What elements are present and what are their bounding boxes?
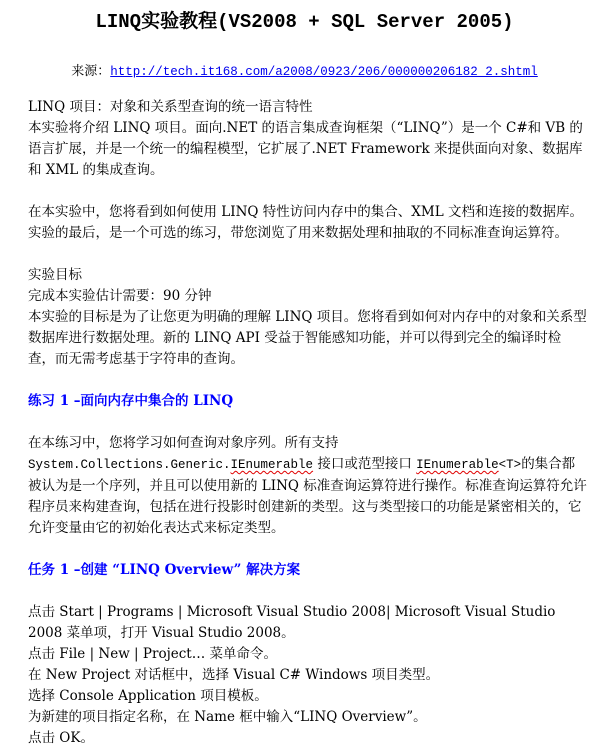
source-link[interactable]: http://tech.it168.com/a2008/0923/206/000…	[110, 65, 538, 79]
task-1-step: 选择 Console Application 项目模板。	[28, 686, 588, 707]
ienumerable-text: IEnumerable	[231, 458, 314, 472]
objectives-paragraph: 本实验的目标是为了让您更为明确的理解 LINQ 项目。您将看到如何对内存中的对象…	[28, 307, 588, 370]
generic-t-text: <T>	[499, 458, 522, 472]
exercise-1-heading: 练习 1 –面向内存中集合的 LINQ	[28, 391, 588, 412]
spacer	[28, 370, 588, 391]
ienumerable-generic-text: IEnumerable	[416, 458, 499, 472]
spacer	[28, 539, 588, 560]
intro-paragraph-1: 本实验将介绍 LINQ 项目。面向.NET 的语言集成查询框架（“LINQ”）是…	[28, 118, 588, 181]
objectives-heading: 实验目标	[28, 265, 588, 286]
document-body: LINQ 项目：对象和关系型查询的统一语言特性 本实验将介绍 LINQ 项目。面…	[28, 97, 588, 749]
intro-paragraph-2: 在本实验中，您将看到如何使用 LINQ 特性访问内存中的集合、XML 文档和连接…	[28, 202, 588, 244]
namespace-text: System.Collections.Generic.	[28, 458, 231, 472]
task-1-step: 点击 Start | Programs | Microsoft Visual S…	[28, 602, 588, 644]
task-1-heading: 任务 1 –创建 “LINQ Overview” 解决方案	[28, 560, 588, 581]
spacer	[28, 412, 588, 433]
task-1-step: 点击 OK。	[28, 728, 588, 749]
exercise-1-text-a: 接口或范型接口	[313, 456, 416, 472]
task-1-step: 点击 File | New | Project… 菜单命令。	[28, 644, 588, 665]
task-1-step: 为新建的项目指定名称，在 Name 框中输入“LINQ Overview”。	[28, 707, 588, 728]
spacer	[28, 581, 588, 602]
source-line: 来源：http://tech.it168.com/a2008/0923/206/…	[0, 60, 609, 79]
exercise-1-paragraph-line-1: 在本练习中，您将学习如何查询对象序列。所有支持	[28, 433, 588, 454]
exercise-1-paragraph: System.Collections.Generic.IEnumerable 接…	[28, 454, 588, 539]
objectives-time-estimate: 完成本实验估计需要：90 分钟	[28, 286, 588, 307]
intro-heading: LINQ 项目：对象和关系型查询的统一语言特性	[28, 97, 588, 118]
spacer	[28, 244, 588, 265]
task-1-step: 在 New Project 对话框中，选择 Visual C# Windows …	[28, 665, 588, 686]
spacer	[28, 181, 588, 202]
source-label: 来源：	[71, 64, 110, 79]
document-title: LINQ实验教程(VS2008 + SQL Server 2005)	[0, 6, 609, 33]
